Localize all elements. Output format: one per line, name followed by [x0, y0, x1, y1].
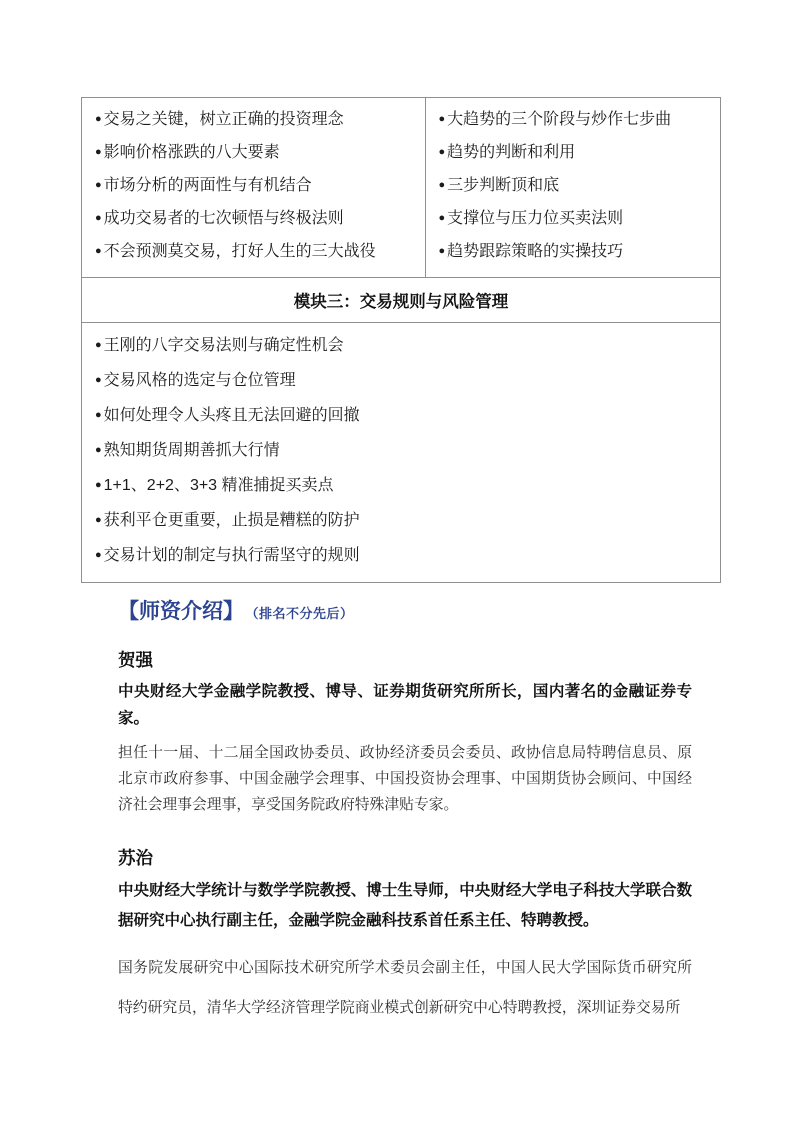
bullet-item: 成功交易者的七次顿悟与终极法则 — [95, 203, 415, 236]
bullet-item: 趋势的判断和利用 — [439, 137, 711, 170]
module3-cell: 王刚的八字交易法则与确定性机会 交易风格的选定与仓位管理 如何处理令人头疼且无法… — [82, 323, 721, 583]
module2-left-cell: 交易之关键，树立正确的投资理念 影响价格涨跌的八大要素 市场分析的两面性与有机结… — [82, 98, 426, 278]
teacher-bio: 国务院发展研究中心国际技术研究所学术委员会副主任，中国人民大学国际货币研究所特约… — [118, 948, 692, 1028]
teacher-name: 苏治 — [118, 846, 692, 870]
bullet-item: 获利平仓更重要，止损是糟糕的防护 — [95, 504, 710, 539]
faculty-heading-text: 【师资介绍】 — [118, 600, 244, 623]
module3-header-row: 模块三：交易规则与风险管理 — [82, 278, 721, 323]
bullet-item: 三步判断顶和底 — [439, 170, 711, 203]
bullet-item: 不会预测莫交易，打好人生的三大战役 — [95, 236, 415, 269]
faculty-heading: 【师资介绍】（排名不分先后） — [118, 597, 692, 629]
bullet-item: 大趋势的三个阶段与炒作七步曲 — [439, 104, 711, 137]
bullet-item: 王刚的八字交易法则与确定性机会 — [95, 329, 710, 364]
teacher-name: 贺强 — [118, 648, 692, 672]
bullet-item: 熟知期货周期善抓大行情 — [95, 434, 710, 469]
module3-header: 模块三：交易规则与风险管理 — [82, 278, 721, 323]
bullet-item: 1+1、2+2、3+3 精准捕捉买卖点 — [95, 469, 710, 504]
course-outline-table: 交易之关键，树立正确的投资理念 影响价格涨跌的八大要素 市场分析的两面性与有机结… — [81, 97, 721, 583]
module3-content-row: 王刚的八字交易法则与确定性机会 交易风格的选定与仓位管理 如何处理令人头疼且无法… — [82, 323, 721, 583]
teacher-block-suzhi: 苏治 中央财经大学统计与数学学院教授、博士生导师，中央财经大学电子科技大学联合数… — [118, 846, 692, 1028]
teacher-block-heqiang: 贺强 中央财经大学金融学院教授、博导、证券期货研究所所长，国内著名的金融证券专家… — [118, 648, 692, 818]
bullet-item: 市场分析的两面性与有机结合 — [95, 170, 415, 203]
module2-content-row: 交易之关键，树立正确的投资理念 影响价格涨跌的八大要素 市场分析的两面性与有机结… — [82, 98, 721, 278]
bullet-item: 支撑位与压力位买卖法则 — [439, 203, 711, 236]
faculty-heading-note: （排名不分先后） — [252, 606, 354, 621]
bullet-item: 如何处理令人头疼且无法回避的回撤 — [95, 399, 710, 434]
module3-list: 王刚的八字交易法则与确定性机会 交易风格的选定与仓位管理 如何处理令人头疼且无法… — [95, 329, 710, 574]
module2-left-list: 交易之关键，树立正确的投资理念 影响价格涨跌的八大要素 市场分析的两面性与有机结… — [95, 104, 415, 269]
module2-right-cell: 大趋势的三个阶段与炒作七步曲 趋势的判断和利用 三步判断顶和底 支撑位与压力位买… — [425, 98, 721, 278]
bullet-item: 交易计划的制定与执行需坚守的规则 — [95, 539, 710, 574]
module2-right-list: 大趋势的三个阶段与炒作七步曲 趋势的判断和利用 三步判断顶和底 支撑位与压力位买… — [439, 104, 711, 269]
bullet-item: 影响价格涨跌的八大要素 — [95, 137, 415, 170]
teacher-title: 中央财经大学金融学院教授、博导、证券期货研究所所长，国内著名的金融证券专家。 — [118, 678, 692, 732]
faculty-section: 【师资介绍】（排名不分先后） 贺强 中央财经大学金融学院教授、博导、证券期货研究… — [118, 597, 692, 1028]
bullet-item: 交易风格的选定与仓位管理 — [95, 364, 710, 399]
bullet-item: 趋势跟踪策略的实操技巧 — [439, 236, 711, 269]
teacher-title: 中央财经大学统计与数学学院教授、博士生导师，中央财经大学电子科技大学联合数据研究… — [118, 876, 692, 936]
bullet-item: 交易之关键，树立正确的投资理念 — [95, 104, 415, 137]
teacher-bio: 担任十一届、十二届全国政协委员、政协经济委员会委员、政协信息局特聘信息员、原北京… — [118, 740, 692, 818]
